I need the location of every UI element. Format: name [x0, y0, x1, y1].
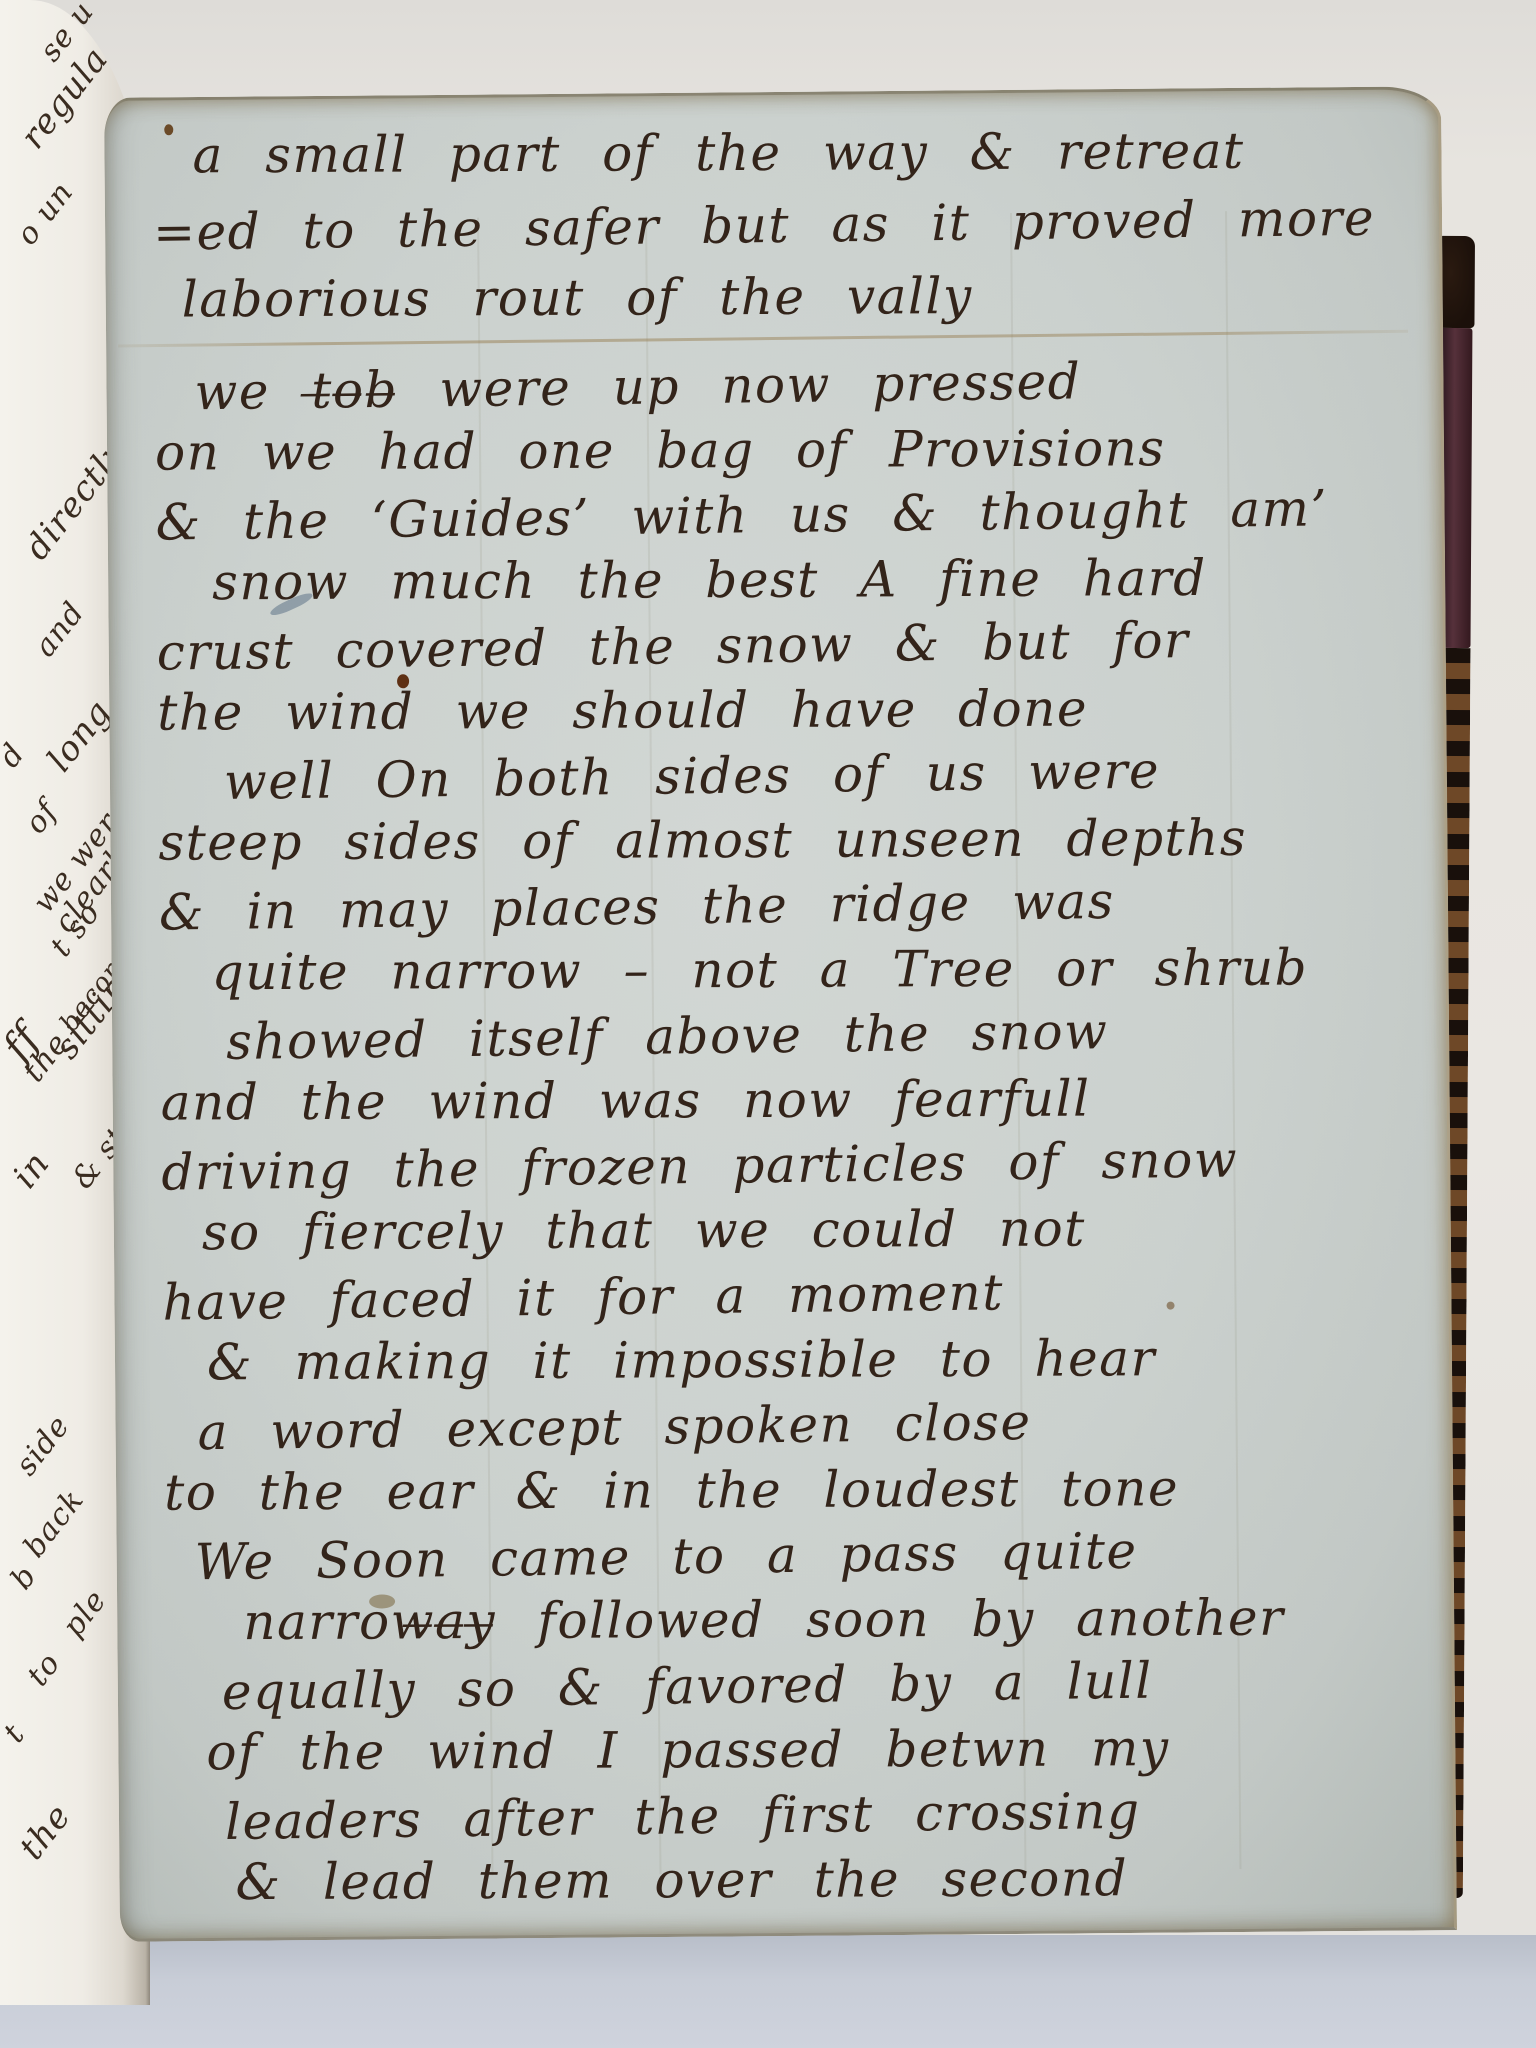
page-line: a word except spoken close: [197, 1385, 1426, 1465]
page-line: crust covered the snow & but for: [156, 605, 1419, 685]
page-line: narrow̶a̶y̶ followed soon by another: [243, 1585, 1427, 1655]
page-line: laborious rout of the vally: [182, 262, 1416, 355]
left-page-fragment: and: [28, 595, 92, 663]
page-line: =ed to the safer but as it proved more: [153, 185, 1416, 272]
left-page-fragment: b: [4, 1559, 44, 1596]
journal-page: a small part of the way & retreat =ed to…: [104, 86, 1457, 1942]
left-page-fragment: o un: [10, 175, 81, 252]
left-page-fragment: ple: [56, 1583, 114, 1644]
left-page-fragment: back: [17, 1483, 91, 1564]
left-page-fragment: d: [0, 737, 32, 774]
left-page-fragment: of: [18, 794, 65, 840]
page-line: so fiercely that we could not: [202, 1195, 1424, 1265]
left-page-fragment: in: [5, 1144, 58, 1196]
page-line: steep sides of almost unseen depths: [158, 805, 1420, 876]
page-line: the wind we should have done: [157, 675, 1419, 746]
page-line: We Soon came to a pass quite: [194, 1515, 1427, 1595]
page-line: well On both sides of us were: [224, 735, 1421, 815]
page-line: a small part of the way & retreat: [192, 118, 1414, 195]
page-line: to the ear & in the loudest tone: [164, 1455, 1426, 1526]
page-line: have faced it for a moment: [162, 1255, 1425, 1335]
page-line: & in may places the ridge was: [159, 865, 1422, 945]
page-line: equally so & favored by a lull: [222, 1645, 1429, 1725]
page-line: & the ‘Guides’ with us & thought am’: [155, 475, 1418, 555]
page-line: of the wind I passed betwn my: [206, 1715, 1428, 1785]
table-surface: [0, 1935, 1536, 2048]
photo-of-handwritten-journal: { "scene": { "description_label": "open …: [0, 0, 1536, 2048]
page-line: and the wind was now fearfull: [161, 1065, 1423, 1136]
page-line: leaders after the first crossing: [225, 1775, 1430, 1855]
left-page-fragment: t: [0, 1718, 32, 1750]
page-line: snow much the best A fine hard: [212, 545, 1418, 615]
left-page-fragment: the: [12, 1797, 80, 1868]
page-line: quite narrow – not a Tree or shrub: [211, 935, 1421, 1005]
page-line: driving the frozen particles of snow: [161, 1125, 1424, 1205]
left-page-fragment: to: [20, 1646, 67, 1693]
left-page-fragment: long: [39, 693, 119, 780]
page-line: & lead them over the second: [235, 1845, 1429, 1915]
page-line: showed itself above the snow: [226, 995, 1423, 1075]
page-line: we t̶o̶b̶ were up now pressed: [194, 345, 1417, 425]
page-line: on we had one bag of Provisions: [155, 415, 1417, 486]
handwritten-text-block: a small part of the way & retreat =ed to…: [152, 115, 1430, 1918]
left-page-fragment: side: [9, 1409, 77, 1483]
page-line: & making it impossible to hear: [207, 1325, 1425, 1395]
